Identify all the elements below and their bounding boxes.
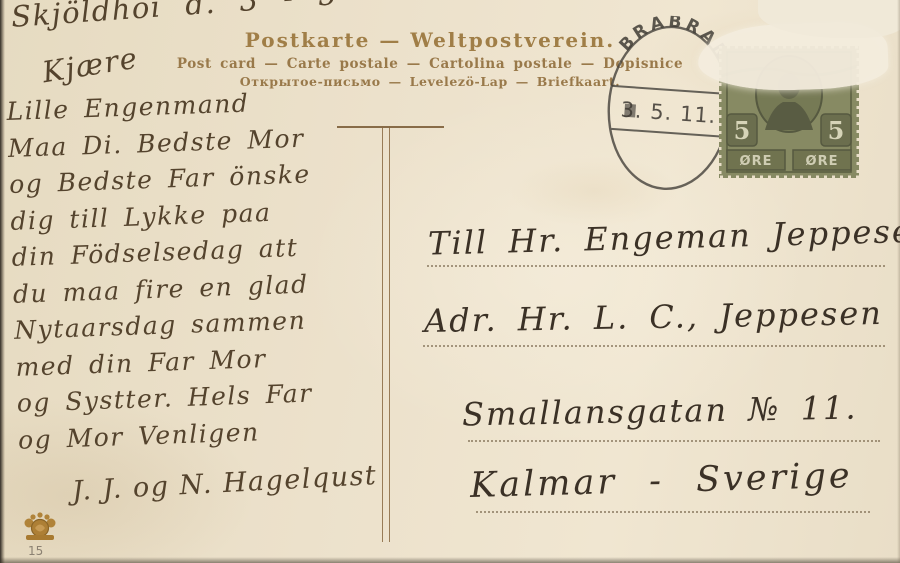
postcard-photo: Postkarte — Weltpostverein. Post card — …: [0, 0, 900, 563]
handwritten-message: Lille Engenmand Maa Di. Bedste Mor og Be…: [6, 81, 399, 459]
address-line-recipient: Till Hr. Engeman Jeppesen: [428, 211, 900, 262]
divider-top-bar: [337, 126, 444, 128]
handwritten-signature: J. J. og N. Hagelqust: [71, 460, 378, 507]
address-ruling-line: [427, 263, 885, 267]
address-ruling-line: [476, 509, 870, 513]
postcard: Postkarte — Weltpostverein. Post card — …: [0, 0, 900, 563]
stamp-value-left: 5: [734, 116, 751, 145]
stamp-currency-left: ØRE: [740, 154, 773, 169]
photo-edge-bottom: [0, 557, 900, 563]
printer-number: 15: [28, 544, 43, 558]
address-line-co: Adr. Hr. L. C., Jeppesen: [424, 294, 883, 340]
stamp-currency-right: ØRE: [806, 154, 839, 169]
address-line-city-country: Kalmar - Sverige: [470, 456, 853, 506]
postmark-date: 3. 5. 11.: [620, 98, 717, 129]
publisher-crown-emblem: [20, 508, 60, 548]
address-ruling-line: [423, 343, 885, 347]
crown-knob: [44, 514, 49, 519]
photo-edge-left: [0, 0, 5, 563]
address-line-street: Smallansgatan № 11.: [462, 389, 858, 434]
crown-knob: [37, 512, 42, 517]
postmark-band-line: [611, 129, 724, 137]
crown-knob: [30, 514, 35, 519]
divider-vertical-line: [382, 126, 390, 542]
stamp-value-right: 5: [828, 116, 845, 145]
address-ruling-line: [468, 438, 880, 442]
postmark-band-line: [612, 86, 728, 94]
crown-base: [26, 535, 54, 540]
